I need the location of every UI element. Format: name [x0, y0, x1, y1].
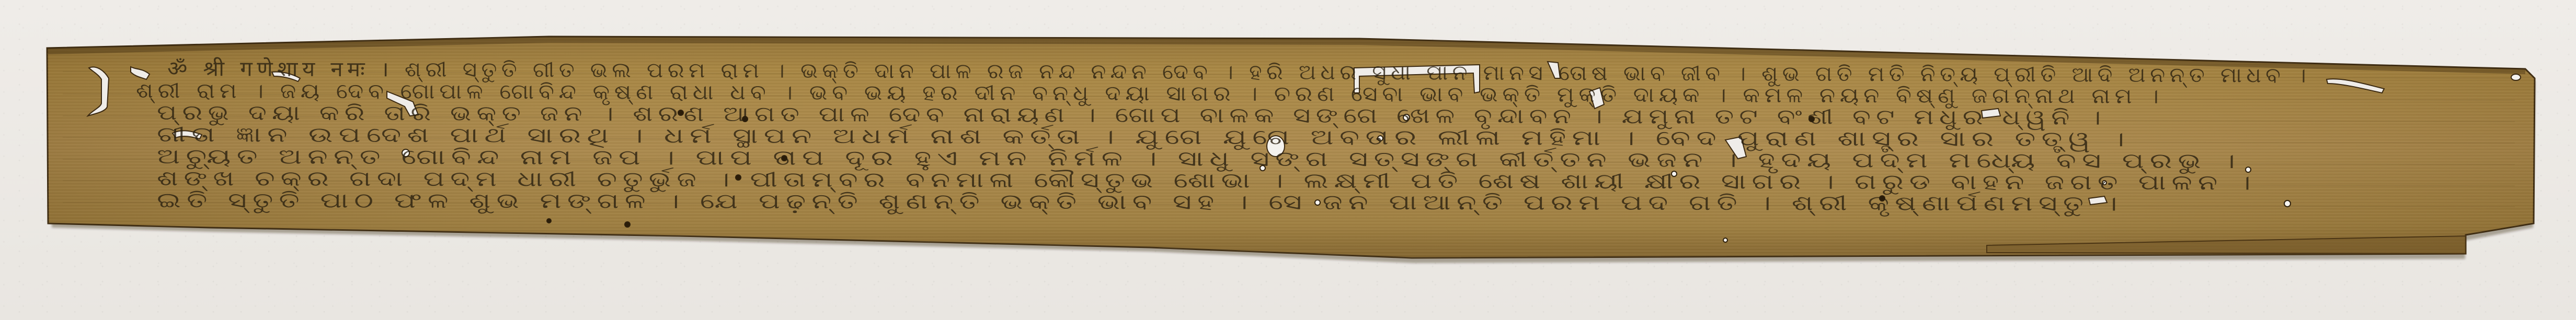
end-string-hole	[2511, 74, 2521, 80]
palm-leaf-manuscript	[0, 0, 2576, 320]
binding-hole	[1267, 136, 1285, 157]
